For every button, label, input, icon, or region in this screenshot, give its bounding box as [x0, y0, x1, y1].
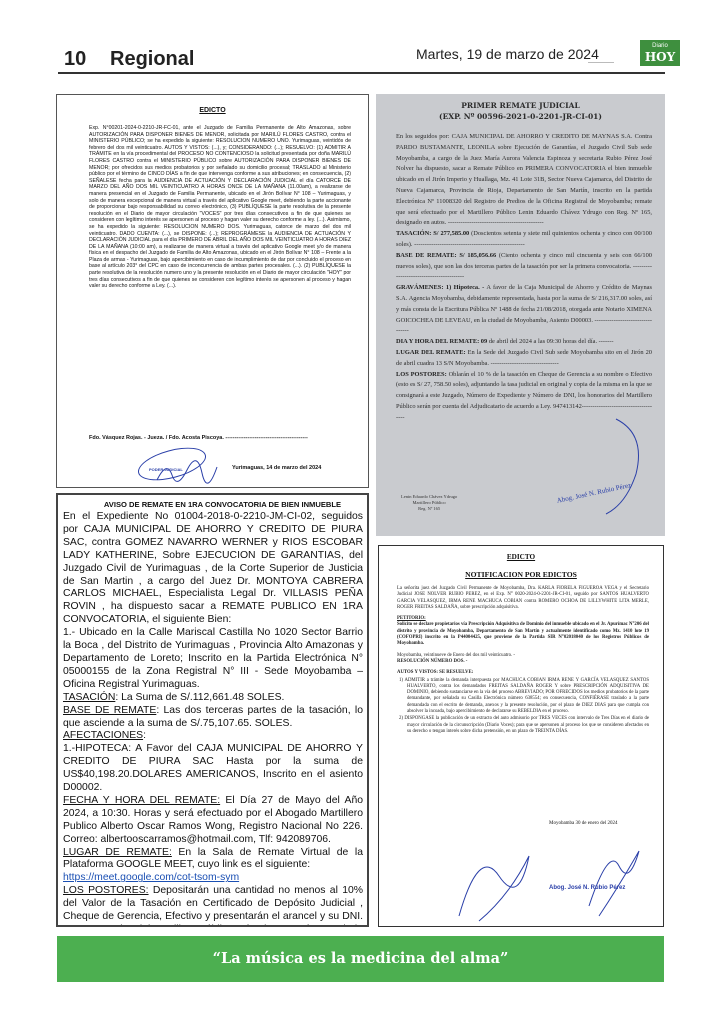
postores-label: LOS POSTORES: — [396, 371, 447, 378]
afectaciones-text: 1.-HIPOTECA: A Favor del CAJA MUNICIPAL … — [63, 743, 363, 793]
page-number: 10 — [64, 48, 86, 71]
expedient-number: (EXP. Nº 00596-2021-0-2201-JR-CI-01) — [376, 111, 665, 122]
petitorio-label: PETITORIO: — [397, 616, 426, 621]
notice-place-date: Moyobamba 30 de enero del 2024 — [549, 821, 617, 826]
signature-icon — [576, 414, 656, 524]
resolution-date: Moyobamba, veintinueve de Enero del dos … — [397, 653, 515, 658]
petitorio-text: Solicito se declare propietarios vía Pre… — [397, 622, 649, 646]
quote-banner: “La música es la medicina del alma” — [57, 936, 664, 982]
notice-subtitle: NOTIFICACION POR EDICTOS — [379, 570, 663, 579]
secretary-stamp: Abog. José N. Rubio Pérez — [549, 886, 625, 891]
remate-maynas-notice: PRIMER REMATE JUDICIAL (EXP. Nº 00596-20… — [376, 94, 665, 536]
notice-body: En el Expediente No 01004-2018-0-2210-JM… — [63, 511, 363, 927]
notice-title: EDICTO — [57, 107, 368, 114]
afectaciones-label: AFECTACIONES — [63, 730, 143, 741]
notice-heading: PRIMER REMATE JUDICIAL — [376, 100, 665, 111]
notice-place-date: Yurimaguas, 14 de marzo del 2024 — [232, 465, 321, 471]
date-text: de abril del 2024 a las 09:30 horas del … — [489, 338, 614, 345]
notice-body: Exp. N°00201-2024-0-2210-JR-FC-01, ante … — [89, 125, 351, 290]
gravamenes-label: GRAVÁMENES: 1) Hipoteca. - — [396, 284, 484, 291]
gravamenes-text: A favor de la Caja Municipal de Ahorro y… — [396, 284, 652, 334]
date-label: DIA Y HORA DEL REMATE: 09 — [396, 338, 487, 345]
place-label: LUGAR DE REMATE: — [63, 847, 172, 858]
autos-label: AUTOS Y VISTOS: SE RESUELVE: — [397, 670, 473, 675]
edicto-moyobamba-notice: EDICTO NOTIFICACION POR EDICTOS La señor… — [378, 545, 664, 927]
postores-label: LOS POSTORES: — [63, 885, 149, 896]
issue-date: Martes, 19 de marzo de 2024 — [416, 46, 599, 62]
date-label: FECHA Y HORA DEL REMATE: — [63, 795, 220, 806]
page-header: 10 Regional Martes, 19 de marzo de 2024 … — [58, 44, 665, 74]
notice-body: En los seguidos por: CAJA MUNICIPAL DE A… — [396, 132, 652, 424]
notice-signatures: Fdo. Vásquez Rojas. - Jueza. / Fdo. Acos… — [89, 435, 308, 441]
tasacion-label: TASACIÓN: S/ 277,585.00 — [396, 230, 469, 237]
logo-big-text: HOY — [640, 50, 680, 64]
newspaper-logo: Diario HOY — [640, 40, 680, 66]
logo-small-text: Diario — [640, 40, 680, 50]
meet-link[interactable]: https://meet.google.com/cot-tsom-sym — [63, 872, 239, 883]
base-label: BASE DE REMATE: S/ 185,056.66 — [396, 252, 496, 259]
place-label: LUGAR DEL REMATE: — [396, 349, 466, 356]
auctioneer-signature: Lenin Eduardo Chávez Ydrugo Martillero P… — [401, 494, 457, 512]
intro-text: La señorita juez del Juzgado Civil Perma… — [397, 586, 649, 611]
resolution-item: 1) ADMITIR a trámite la demanda interpue… — [397, 678, 649, 716]
tasacion-text: : La Suma de S/.112,661.48 SOLES. — [115, 692, 284, 703]
signer-reg: Reg. Nº 165 — [401, 506, 457, 512]
signature-icon — [439, 836, 659, 926]
base-label: BASE DE REMATE — [63, 705, 156, 716]
resolution-item: 2) DISPONGASE la publicación de un extra… — [397, 716, 649, 735]
notice-title: EDICTO — [379, 553, 663, 561]
property-text: 1.- Ubicado en la Calle Mariscal Castill… — [63, 627, 363, 690]
edicto-familia-notice: EDICTO Exp. N°00201-2024-0-2210-JR-FC-01… — [56, 94, 369, 488]
signature-icon — [152, 455, 222, 485]
notice-title: AVISO DE REMATE EN 1RA CONVOCATORIA DE B… — [58, 500, 367, 509]
notice-title: PRIMER REMATE JUDICIAL (EXP. Nº 00596-20… — [376, 100, 665, 122]
notice-body: La señorita juez del Juzgado Civil Perma… — [397, 586, 649, 740]
divider — [588, 62, 614, 63]
aviso-remate-piura-notice: AVISO DE REMATE EN 1RA CONVOCATORIA DE B… — [56, 493, 369, 927]
section-title: Regional — [110, 48, 194, 71]
tasacion-label: TASACIÓN — [63, 692, 115, 703]
resolution-number: RESOLUCIÓN NÚMERO DOS. - — [397, 659, 467, 664]
intro-text: En el Expediente No 01004-2018-0-2210-JM… — [63, 511, 363, 625]
intro-text: En los seguidos por: CAJA MUNICIPAL DE A… — [396, 133, 652, 226]
